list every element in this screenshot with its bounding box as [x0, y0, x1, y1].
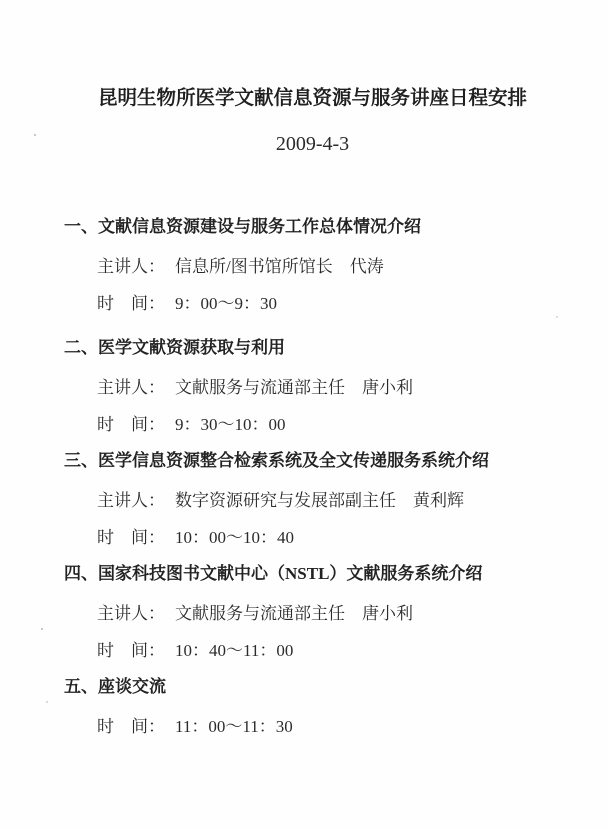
document-date: 2009-4-3	[18, 132, 607, 156]
schedule-section-4: 四、国家科技图书文献中心（NSTL）文献服务系统介绍 主讲人：文献服务与流通部主…	[0, 565, 607, 660]
speaker-row: 主讲人：文献服务与流通部主任 唐小利	[0, 379, 607, 397]
speaker-value: 文献服务与流通部主任 唐小利	[175, 605, 413, 623]
speaker-row: 主讲人：文献服务与流通部主任 唐小利	[0, 605, 607, 623]
time-label: 时 间：	[97, 416, 165, 434]
schedule-section-5: 五、座谈交流 时 间：11：00～11：30	[0, 678, 607, 736]
speaker-value: 信息所/图书馆所馆长 代涛	[175, 258, 384, 276]
section-heading: 三、医学信息资源整合检索系统及全文传递服务系统介绍	[0, 452, 607, 470]
time-value: 9：30～10：00	[175, 416, 286, 434]
section-heading: 五、座谈交流	[0, 678, 607, 696]
speaker-label: 主讲人：	[97, 258, 165, 276]
section-heading: 二、医学文献资源获取与利用	[0, 339, 607, 357]
schedule-section-3: 三、医学信息资源整合检索系统及全文传递服务系统介绍 主讲人：数字资源研究与发展部…	[0, 452, 607, 547]
time-row: 时 间：9：00～9：30	[0, 295, 607, 313]
time-row: 时 间：11：00～11：30	[0, 718, 607, 736]
time-row: 时 间：10：00～10：40	[0, 529, 607, 547]
scan-speck	[41, 628, 43, 630]
time-row: 时 间：9：30～10：00	[0, 416, 607, 434]
time-row: 时 间：10：40～11：00	[0, 642, 607, 660]
schedule-list: 一、文献信息资源建设与服务工作总体情况介绍 主讲人：信息所/图书馆所馆长 代涛 …	[0, 218, 607, 736]
schedule-section-1: 一、文献信息资源建设与服务工作总体情况介绍 主讲人：信息所/图书馆所馆长 代涛 …	[0, 218, 607, 313]
document-header: 昆明生物所医学文献信息资源与服务讲座日程安排 2009-4-3	[0, 87, 607, 156]
document-page: 昆明生物所医学文献信息资源与服务讲座日程安排 2009-4-3 一、文献信息资源…	[0, 0, 607, 828]
speaker-value: 数字资源研究与发展部副主任 黄利辉	[175, 492, 464, 510]
schedule-section-2: 二、医学文献资源获取与利用 主讲人：文献服务与流通部主任 唐小利 时 间：9：3…	[0, 339, 607, 434]
speaker-value: 文献服务与流通部主任 唐小利	[175, 379, 413, 397]
speaker-row: 主讲人：信息所/图书馆所馆长 代涛	[0, 258, 607, 276]
page-title: 昆明生物所医学文献信息资源与服务讲座日程安排	[18, 87, 607, 111]
speaker-row: 主讲人：数字资源研究与发展部副主任 黄利辉	[0, 492, 607, 510]
time-label: 时 间：	[97, 718, 165, 736]
scan-speck	[556, 316, 558, 318]
time-value: 9：00～9：30	[175, 295, 277, 313]
speaker-label: 主讲人：	[97, 379, 165, 397]
time-value: 10：40～11：00	[175, 642, 293, 660]
section-heading: 一、文献信息资源建设与服务工作总体情况介绍	[0, 218, 607, 236]
speaker-label: 主讲人：	[97, 605, 165, 623]
time-label: 时 间：	[97, 295, 165, 313]
scan-speck	[34, 134, 36, 136]
time-value: 11：00～11：30	[175, 718, 293, 736]
scan-speck	[46, 701, 48, 703]
section-heading: 四、国家科技图书文献中心（NSTL）文献服务系统介绍	[0, 565, 607, 583]
speaker-label: 主讲人：	[97, 492, 165, 510]
time-label: 时 间：	[97, 642, 165, 660]
time-value: 10：00～10：40	[175, 529, 294, 547]
time-label: 时 间：	[97, 529, 165, 547]
